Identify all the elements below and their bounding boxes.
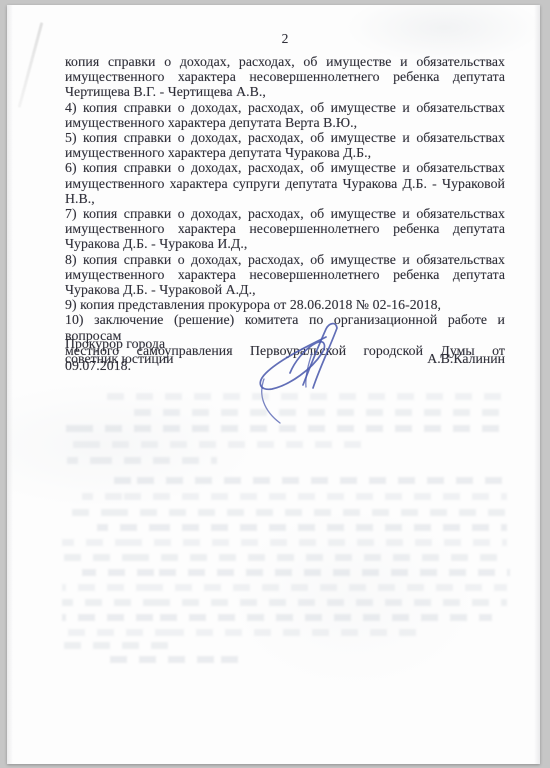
- bleedthrough-line: [127, 409, 502, 416]
- text-line: 7) копия справки о доходах, расходах, об…: [65, 206, 505, 221]
- bleedthrough-line: [67, 457, 217, 464]
- bleedthrough-line: [62, 614, 492, 621]
- bleedthrough-line: [97, 524, 507, 531]
- bleedthrough-line: [62, 584, 507, 591]
- signer-name: А.В.Калинин: [427, 351, 505, 366]
- signer-title-line1: Прокурор города: [65, 336, 174, 351]
- text-line: Чертищева В.Г. - Чертищева А.В.,: [65, 84, 505, 99]
- text-line: имущественного характера супруги депутат…: [65, 176, 505, 206]
- bleedthrough-line: [62, 509, 507, 516]
- text-line: 5) копия справки о доходах, расходах, об…: [65, 130, 505, 145]
- text-line: имущественного характера несовершеннолет…: [65, 69, 505, 84]
- text-line: 6) копия справки о доходах, расходах, об…: [65, 160, 505, 175]
- paper-crease: [18, 22, 44, 108]
- text-line: имущественного характера депутата Верта …: [65, 115, 505, 130]
- signer-titles: Прокурор города советник юстиции: [65, 336, 174, 366]
- bleedthrough-line: [62, 629, 422, 636]
- bleedthrough-line: [107, 393, 507, 400]
- document-page: 2 копия справки о доходах, расходах, об …: [7, 5, 540, 764]
- bleedthrough-line: [62, 642, 172, 649]
- signer-title-line2: советник юстиции: [65, 351, 174, 366]
- text-line: имущественного характера депутата Чурако…: [65, 145, 505, 160]
- bleedthrough-line: [62, 599, 507, 606]
- text-line: копия справки о доходах, расходах, об им…: [65, 54, 505, 69]
- bleedthrough-line: [82, 493, 507, 500]
- signoff-block: Прокурор города советник юстиции А.В.Кал…: [65, 336, 505, 366]
- bleedthrough-line: [62, 425, 507, 432]
- bleedthrough-line: [62, 539, 507, 546]
- text-line: Чуракова Д.Б. - Чуракова И.Д.,: [65, 236, 505, 251]
- text-line: 9) копия представления прокурора от 28.0…: [65, 297, 505, 312]
- bleedthrough-line: [102, 477, 502, 484]
- bleedthrough-line: [62, 554, 507, 561]
- text-line: Чуракова Д.Б. - Чураковой А.Д.,: [65, 282, 505, 297]
- bleedthrough-line: [102, 656, 242, 663]
- text-line: 4) копия справки о доходах, расходах, об…: [65, 100, 505, 115]
- bleedthrough-line: [82, 569, 510, 576]
- text-line: имущественного характера несовершеннолет…: [65, 267, 505, 282]
- text-line: имущественного характера несовершеннолет…: [65, 221, 505, 236]
- text-line: 8) копия справки о доходах, расходах, об…: [65, 252, 505, 267]
- scanned-document: 2 копия справки о доходах, расходах, об …: [0, 0, 550, 768]
- page-number: 2: [57, 31, 513, 47]
- bleedthrough-line: [62, 441, 362, 448]
- document-text: копия справки о доходах, расходах, об им…: [65, 54, 505, 373]
